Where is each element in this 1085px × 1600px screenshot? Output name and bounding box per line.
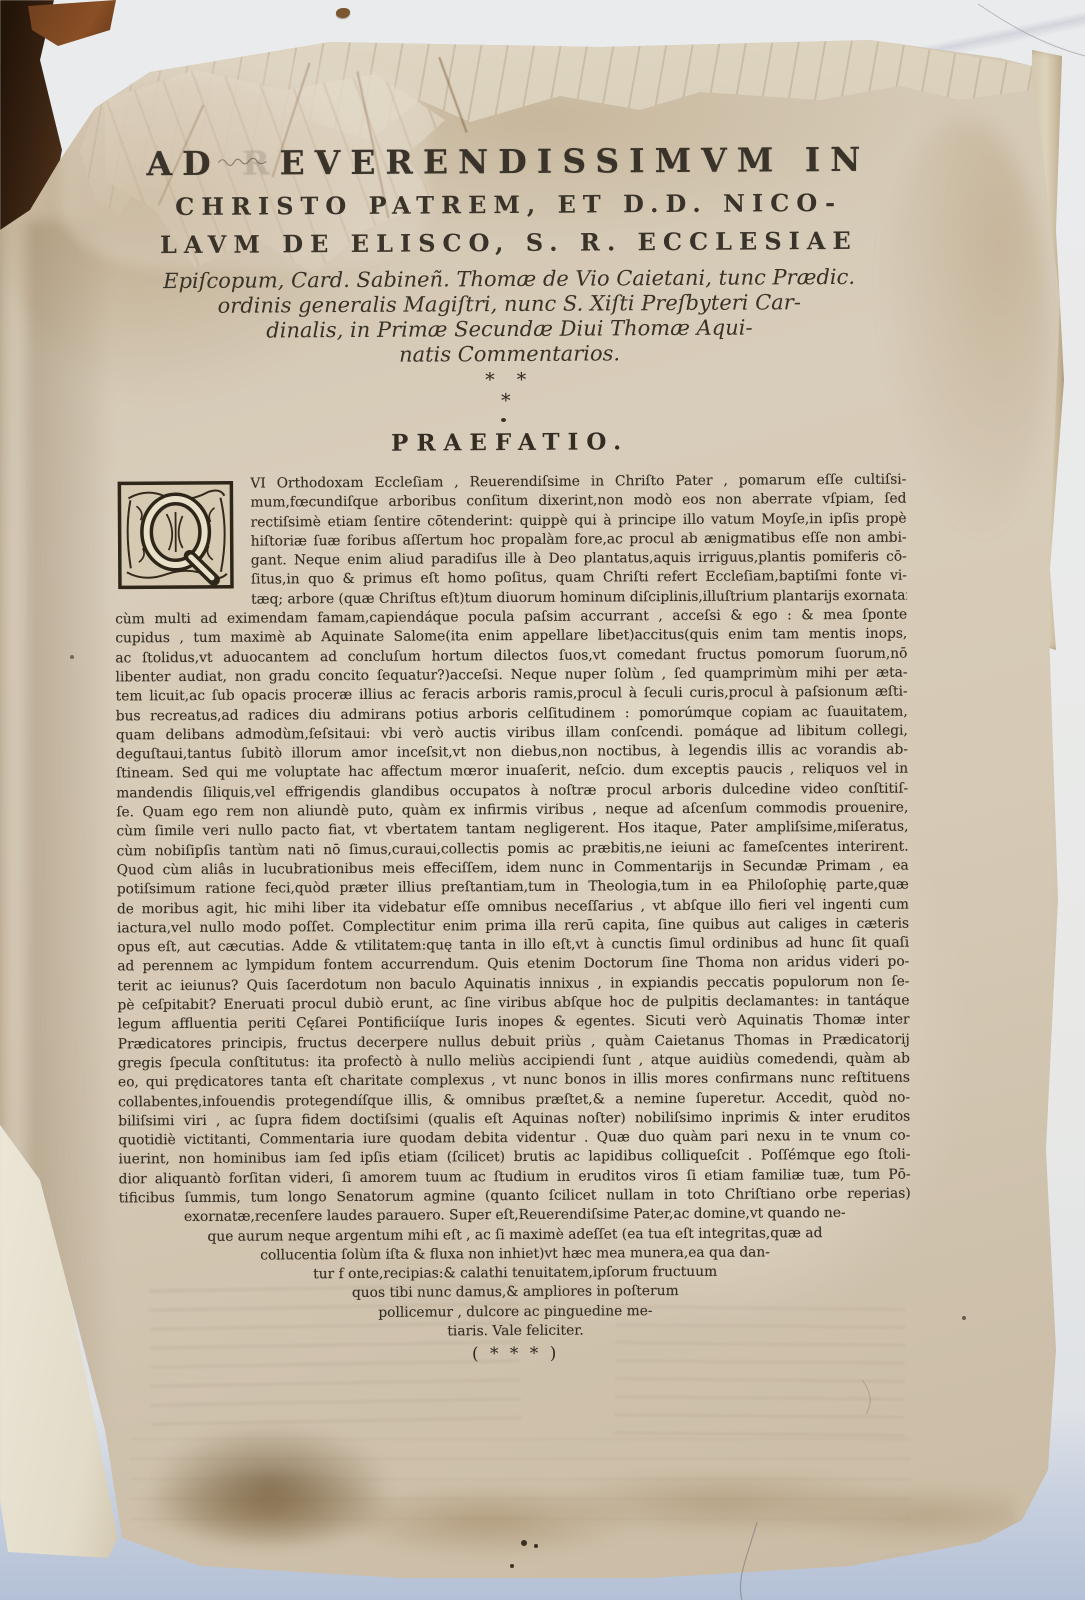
paper-crack xyxy=(438,57,467,133)
wormhole-speck xyxy=(521,1540,527,1546)
wormhole-speck xyxy=(70,655,74,659)
asterisk-ornament-row2: * xyxy=(114,392,906,412)
text-line: ordinis generalis Magiſtri, nunc S. Xiſt… xyxy=(113,290,905,320)
wormhole-speck xyxy=(962,1316,966,1320)
debris-chip xyxy=(336,8,350,18)
text-line: tiaris. Vale feliciter. xyxy=(119,1320,911,1344)
body-lines-full-width: tæq; arbore (quæ Chriſtus eſt)tum diuoru… xyxy=(115,586,911,1208)
wormhole-speck xyxy=(534,1544,538,1548)
book-page: AD REVERENDISSIMVM IN CHRISTO PATREM, ET… xyxy=(0,0,1085,1600)
stain xyxy=(105,1455,1015,1575)
wormhole-speck xyxy=(510,1564,514,1568)
stain xyxy=(150,1424,390,1549)
body-lines-tapered: exornatæ,recenſere laudes parauero. Supe… xyxy=(119,1204,912,1344)
preface-body: VI Orthodoxam Eccleſiam , Reuerendiſsime… xyxy=(114,471,911,1367)
dedication-italic-block: Epiſcopum, Card. Sabineñ. Thomæ de Vio C… xyxy=(113,265,906,370)
dedication-line-3: LAVM DE ELISCO, S. R. ECCLESIAE xyxy=(113,226,905,260)
dedication-line1-post: EVERENDISSIMVM IN xyxy=(279,140,870,183)
dedication-line1-damaged-letter: R xyxy=(242,143,280,182)
text-block: AD REVERENDISSIMVM IN CHRISTO PATREM, ET… xyxy=(112,140,911,1367)
woodcut-initial-Q xyxy=(116,480,235,591)
ink-showthrough xyxy=(130,1430,910,1520)
closing-ornament: ( * * * ) xyxy=(120,1343,912,1367)
dedication-line-2: CHRISTO PATREM, ET D.D. NICO- xyxy=(113,188,905,222)
asterisk-ornament-row1: * * xyxy=(114,371,906,391)
photo-of-antique-book-page: AD REVERENDISSIMVM IN CHRISTO PATREM, ET… xyxy=(0,0,1085,1600)
text-line: natis Commentarios. xyxy=(113,340,905,370)
praefatio-title: PRAEFATIO. xyxy=(114,427,906,459)
